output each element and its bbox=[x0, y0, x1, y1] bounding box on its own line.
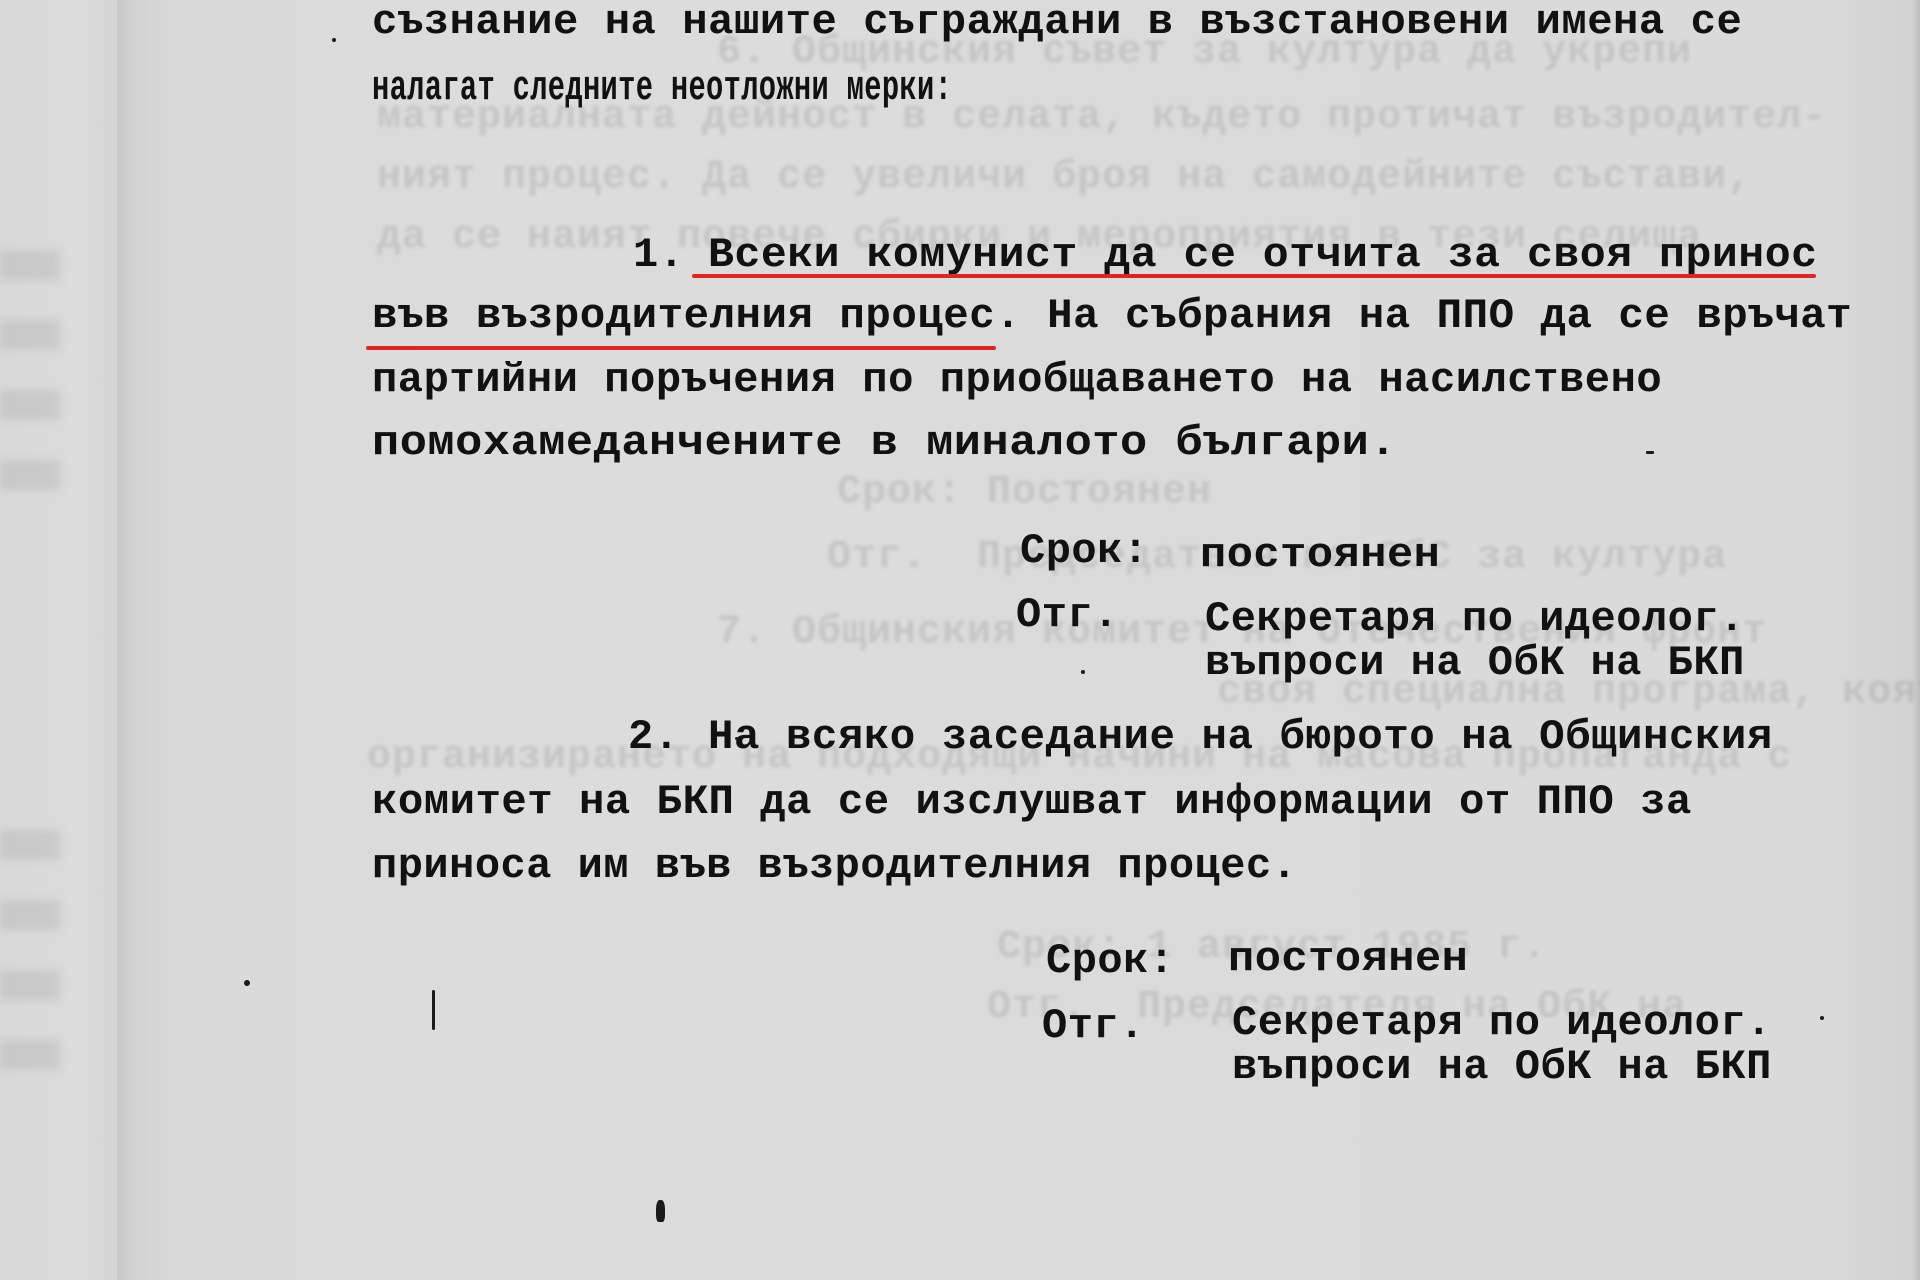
item-number: 1. bbox=[633, 230, 684, 280]
item-text-line: партийни поръчения по приобщаването на н… bbox=[372, 355, 1662, 405]
item-text-line: помохамеданчените в миналото българи. bbox=[372, 418, 1397, 468]
item-text-line: приноса им във възродителния процес. bbox=[372, 841, 1297, 891]
ink-speck bbox=[656, 1200, 665, 1222]
ink-speck bbox=[332, 38, 336, 42]
responsible-line: въпроси на ОбК на БКП bbox=[1205, 638, 1745, 688]
deadline-label: Срок: bbox=[1046, 936, 1175, 986]
item-text-line: комитет на БКП да се изслушват информаци… bbox=[372, 777, 1692, 827]
red-underline-highlight bbox=[692, 274, 1816, 278]
deadline-label: Срок: bbox=[1020, 526, 1149, 576]
ink-speck bbox=[244, 980, 250, 986]
ink-speck bbox=[432, 990, 435, 1030]
responsible-line: въпроси на ОбК на БКП bbox=[1232, 1042, 1772, 1092]
ink-speck bbox=[1646, 451, 1654, 454]
deadline-value: постоянен bbox=[1228, 934, 1468, 984]
ink-speck bbox=[1820, 1016, 1824, 1020]
responsible-label: Отг. bbox=[1042, 1001, 1145, 1051]
intro-line-1: съзнание на нашите съграждани в възстано… bbox=[372, 0, 1742, 47]
responsible-line: Секретаря по идеолог. bbox=[1205, 594, 1745, 644]
ink-speck bbox=[1081, 670, 1085, 674]
item-text-line: На всяко заседание на бюрото на Общински… bbox=[708, 712, 1773, 762]
item-number: 2. bbox=[628, 712, 679, 762]
bleed-through: Срок: Постоянен bbox=[837, 470, 1212, 515]
item-text-line: Всеки комунист да се отчита за своя прин… bbox=[708, 230, 1818, 280]
bleed-through: ният процес. Да се увеличи броя на самод… bbox=[377, 155, 1752, 200]
ink-speck bbox=[735, 737, 738, 740]
adjacent-page-edge bbox=[0, 0, 117, 1280]
red-underline-highlight bbox=[366, 346, 996, 350]
responsible-line: Секретаря по идеолог. bbox=[1232, 998, 1772, 1048]
item-text-line: във възродителния процес. На събрания на… bbox=[372, 291, 1852, 341]
responsible-label: Отг. bbox=[1016, 590, 1119, 640]
deadline-value: постоянен bbox=[1200, 530, 1440, 580]
intro-line-2: налагат следните неотложни мерки: bbox=[372, 63, 952, 113]
